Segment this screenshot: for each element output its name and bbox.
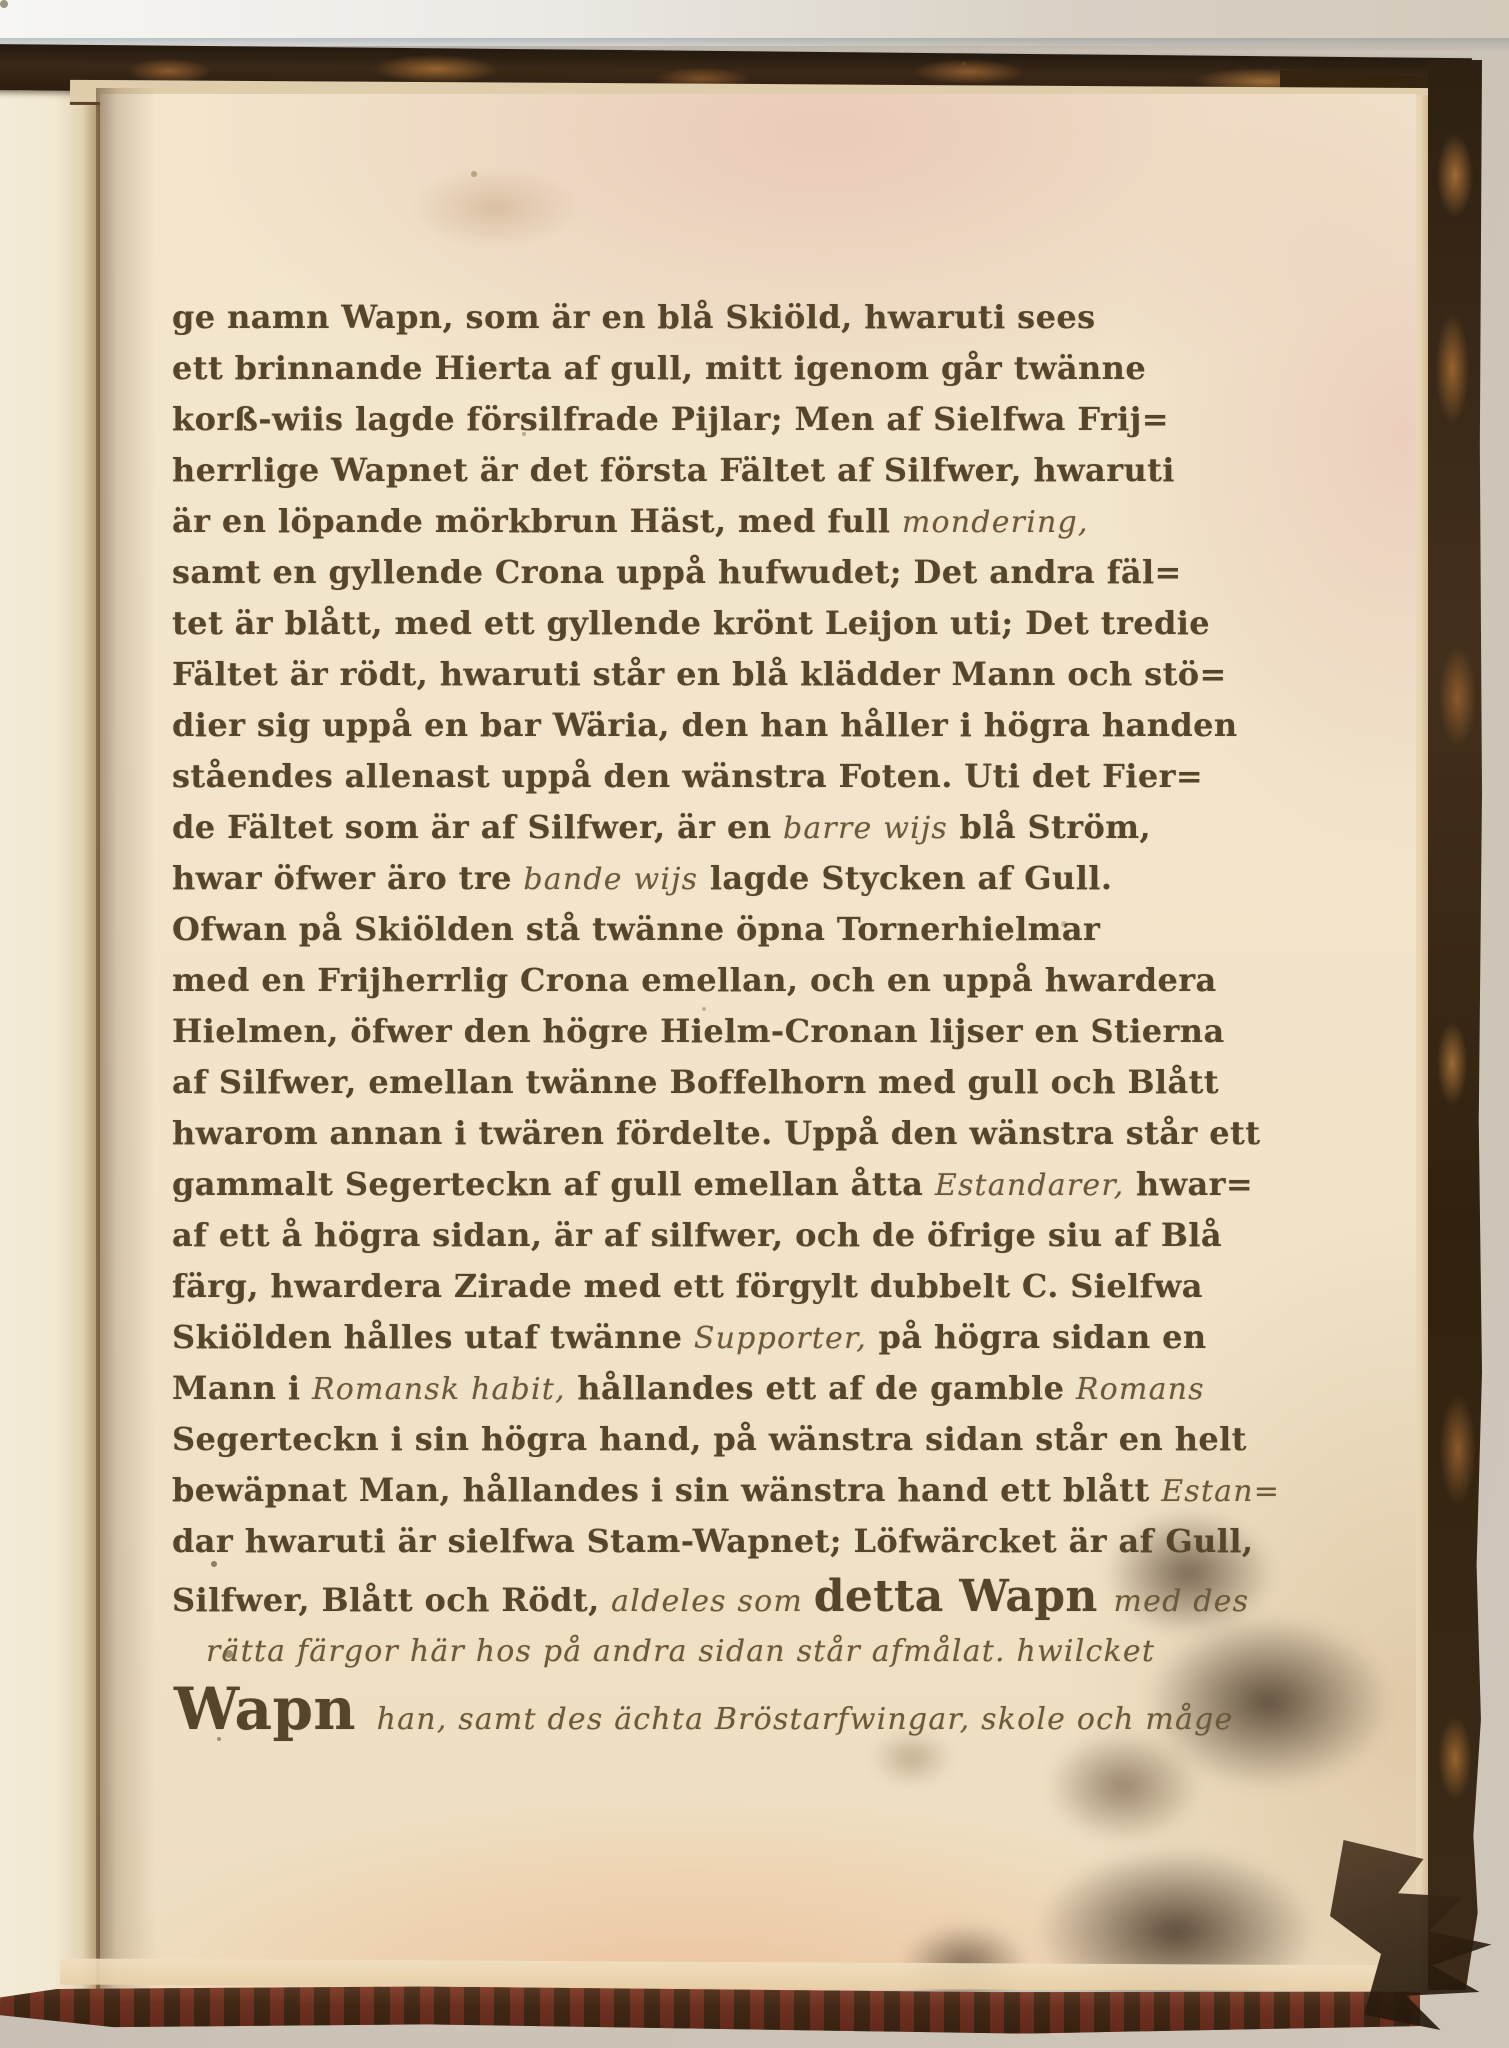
- text-line: Skiölden hålles utaf twänne Supporter, p…: [172, 1312, 1222, 1363]
- text-segment: detta Wapn: [814, 1571, 1114, 1622]
- text-segment: af Silfwer, emellan twänne Boffelhorn me…: [172, 1063, 1219, 1101]
- text-segment: Wapn: [174, 1675, 377, 1743]
- text-segment: Estan=: [1161, 1474, 1280, 1509]
- text-line: tet är blått, med ett gyllende krönt Lei…: [172, 598, 1222, 649]
- text-segment: mondering,: [902, 505, 1089, 540]
- text-segment: Silfwer, Blått och Rödt,: [172, 1581, 611, 1619]
- text-line: ståendes allenast uppå den wänstra Foten…: [172, 751, 1222, 802]
- text-segment: Estandarer,: [935, 1168, 1125, 1203]
- text-line: ett brinnande Hierta af gull, mitt igeno…: [172, 343, 1222, 394]
- text-segment: gammalt Segerteckn af gull emellan åtta: [172, 1165, 935, 1203]
- text-line: gammalt Segerteckn af gull emellan åtta …: [172, 1159, 1222, 1210]
- text-line: är en löpande mörkbrun Häst, med full mo…: [172, 496, 1222, 547]
- text-segment: bewäpnat Man, hållandes i sin wänstra ha…: [172, 1471, 1161, 1509]
- ink-specks-and-stains: [0, 0, 8, 8]
- book-cover-bottom-edge: [0, 1984, 1420, 2035]
- facing-page-edge: [0, 90, 100, 2005]
- text-segment: Romansk habit,: [312, 1372, 566, 1407]
- text-line: Mann i Romansk habit, hållandes ett af d…: [172, 1363, 1222, 1414]
- text-segment: blå Ström,: [948, 808, 1151, 846]
- text-line: samt en gyllende Crona uppå hufwudet; De…: [172, 547, 1222, 598]
- text-line: Fältet är rödt, hwaruti står en blå kläd…: [172, 649, 1222, 700]
- text-segment: korß-wiis lagde försilfrade Pijlar; Men …: [172, 400, 1169, 438]
- text-segment: Hielmen, öfwer den högre Hielm-Cronan li…: [172, 1012, 1225, 1050]
- text-segment: herrlige Wapnet är det första Fältet af …: [172, 451, 1175, 489]
- text-segment: är en löpande mörkbrun Häst, med full: [172, 502, 902, 540]
- text-segment: hwarom annan i twären fördelte. Uppå den…: [172, 1114, 1260, 1152]
- text-segment: Skiölden hålles utaf twänne: [172, 1318, 694, 1356]
- text-line: korß-wiis lagde försilfrade Pijlar; Men …: [172, 394, 1222, 445]
- gutter-shadow: [96, 88, 156, 1998]
- text-line: af Silfwer, emellan twänne Boffelhorn me…: [172, 1057, 1222, 1108]
- text-line: herrlige Wapnet är det första Fältet af …: [172, 445, 1222, 496]
- text-line: Segerteckn i sin högra hand, på wänstra …: [172, 1414, 1222, 1465]
- text-segment: Romans: [1076, 1372, 1205, 1407]
- text-line: Hielmen, öfwer den högre Hielm-Cronan li…: [172, 1006, 1222, 1057]
- text-segment: tet är blått, med ett gyllende krönt Lei…: [172, 604, 1210, 642]
- text-line: Wapn han, samt des ächta Bröstarfwingar,…: [172, 1678, 1222, 1740]
- text-segment: samt en gyllende Crona uppå hufwudet; De…: [172, 553, 1182, 591]
- manuscript-text-block: ge namn Wapn, som är en blå Skiöld, hwar…: [172, 292, 1222, 1740]
- text-segment: Segerteckn i sin högra hand, på wänstra …: [172, 1420, 1247, 1458]
- text-segment: aldeles som: [611, 1584, 814, 1619]
- text-segment: ett brinnande Hierta af gull, mitt igeno…: [172, 349, 1146, 387]
- text-segment: med des: [1114, 1584, 1250, 1619]
- text-segment: med en Frijherrlig Crona emellan, och en…: [172, 961, 1217, 999]
- text-line: ge namn Wapn, som är en blå Skiöld, hwar…: [172, 292, 1222, 343]
- text-segment: hwar=: [1124, 1165, 1253, 1203]
- text-line: bewäpnat Man, hållandes i sin wänstra ha…: [172, 1465, 1222, 1516]
- text-segment: lagde Stycken af Gull.: [698, 859, 1112, 897]
- scanned-book-photograph: { "colors": { "ink": "#57452a", "ink_lig…: [0, 0, 1509, 2048]
- text-segment: hwar öfwer äro tre: [172, 859, 523, 897]
- text-segment: Supporter,: [694, 1321, 867, 1356]
- text-segment: Mann i: [172, 1369, 312, 1407]
- text-line: Ofwan på Skiölden stå twänne öpna Torner…: [172, 904, 1222, 955]
- text-segment: dar hwaruti är sielfwa Stam-Wapnet; Löfw…: [172, 1522, 1253, 1560]
- text-line: rätta färgor här hos på andra sidan står…: [172, 1622, 1222, 1678]
- text-segment: på högra sidan en: [867, 1318, 1207, 1356]
- text-line: Silfwer, Blått och Rödt, aldeles som det…: [172, 1571, 1222, 1622]
- text-line: med en Frijherrlig Crona emellan, och en…: [172, 955, 1222, 1006]
- text-line: färg, hwardera Zirade med ett förgylt du…: [172, 1261, 1222, 1312]
- text-segment: Ofwan på Skiölden stå twänne öpna Torner…: [172, 910, 1100, 948]
- text-segment: barre wijs: [783, 811, 948, 846]
- text-line: dar hwaruti är sielfwa Stam-Wapnet; Löfw…: [172, 1516, 1222, 1567]
- text-line: de Fältet som är af Silfwer, är en barre…: [172, 802, 1222, 853]
- text-segment: rätta färgor här hos på andra sidan står…: [206, 1634, 1155, 1669]
- text-line: hwar öfwer äro tre bande wijs lagde Styc…: [172, 853, 1222, 904]
- text-segment: Fältet är rödt, hwaruti står en blå kläd…: [172, 655, 1227, 693]
- text-segment: ståendes allenast uppå den wänstra Foten…: [172, 757, 1203, 795]
- text-segment: hållandes ett af de gamble: [566, 1369, 1076, 1407]
- text-segment: dier sig uppå en bar Wäria, den han håll…: [172, 706, 1238, 744]
- text-line: af ett å högra sidan, är af silfwer, och…: [172, 1210, 1222, 1261]
- text-segment: bande wijs: [523, 862, 698, 897]
- text-segment: ge namn Wapn, som är en blå Skiöld, hwar…: [172, 298, 1096, 336]
- text-segment: de Fältet som är af Silfwer, är en: [172, 808, 783, 846]
- text-segment: han, samt des ächta Bröstarfwingar, skol…: [377, 1702, 1234, 1737]
- text-segment: färg, hwardera Zirade med ett förgylt du…: [172, 1267, 1203, 1305]
- text-line: dier sig uppå en bar Wäria, den han håll…: [172, 700, 1222, 751]
- text-line: hwarom annan i twären fördelte. Uppå den…: [172, 1108, 1222, 1159]
- text-segment: af ett å högra sidan, är af silfwer, och…: [172, 1216, 1222, 1254]
